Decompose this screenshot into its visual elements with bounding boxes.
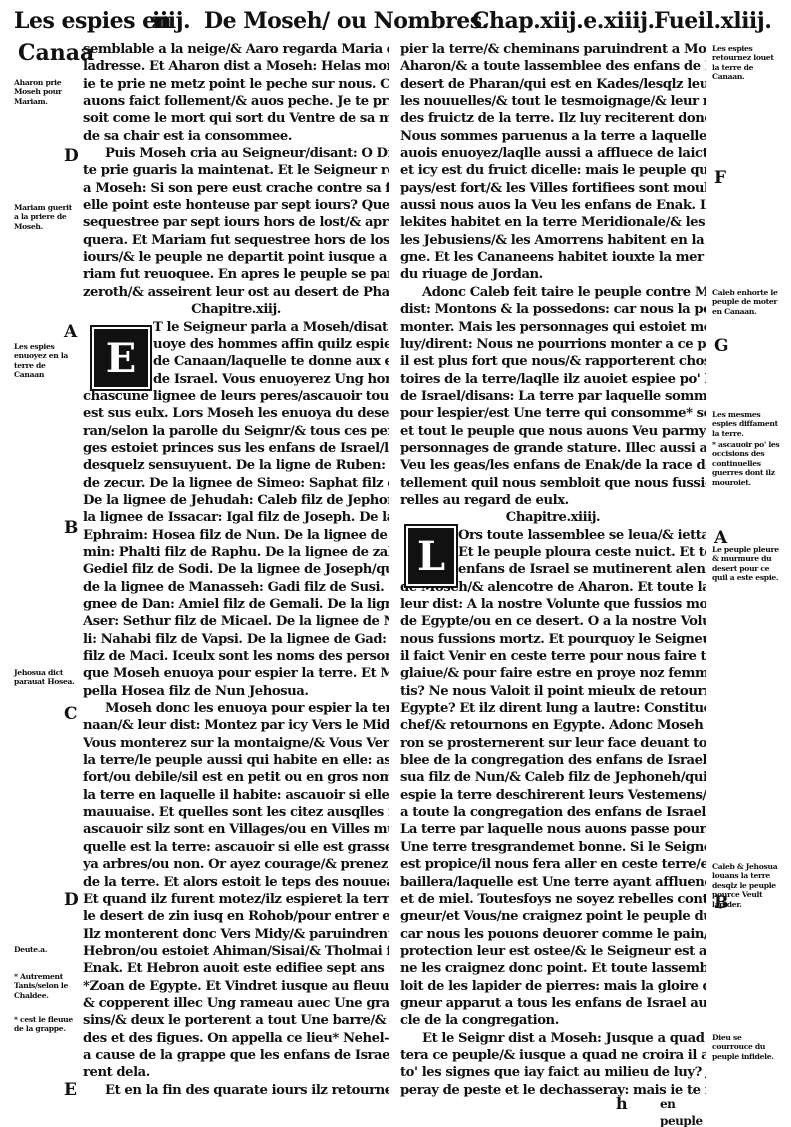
- text-line: li: Nahabi filz de Vapsi. De la lignee d…: [83, 631, 389, 648]
- margin-note: Aharon prie Moseh pour Mariam.: [14, 78, 76, 106]
- section-letter-mark: B: [714, 893, 728, 913]
- text-line: il est plus fort que nous/& rapporterent…: [400, 353, 706, 370]
- text-line: de zecur. De la lignee de Simeo: Saphat …: [83, 475, 389, 492]
- text-line: a toute la congregation des enfans de Is…: [400, 804, 706, 821]
- text-line: Vous monterez sur la montaigne/& Vous Ve…: [83, 735, 389, 752]
- text-line: elle point este honteuse par sept iours?…: [83, 197, 389, 214]
- text-line: mauuaise. Et quelles sont les citez ausq…: [83, 804, 389, 821]
- text-line: cle de la congregation.: [400, 1012, 706, 1029]
- text-line: de la lignee de Manasseh: Gadi filz de S…: [83, 579, 389, 596]
- text-line: personnages de grande stature. Illec aus…: [400, 440, 706, 457]
- text-line: sins/& deux le porterent a tout Une barr…: [83, 1012, 389, 1029]
- text-line: Ilz monterent donc Vers Midy/& paruindre…: [83, 926, 389, 943]
- text-line: de Israel/disans: La terre par laquelle …: [400, 388, 706, 405]
- text-line: toires de la terre/laqlle ilz auoiet esp…: [400, 371, 706, 388]
- text-line: naan/& leur dist: Montez par icy Vers le…: [83, 717, 389, 734]
- catchword: en peuple: [660, 1096, 720, 1127]
- text-line: que Moseh enuoya pour espier la terre. E…: [83, 665, 389, 682]
- drop-cap-letter: E: [102, 335, 141, 382]
- text-line: gneur apparut a tous les enfans de Israe…: [400, 995, 706, 1012]
- text-line: luy/dirent: Nous ne pourrions monter a c…: [400, 336, 706, 353]
- text-line: le desert de zin iusq en Rohob/pour entr…: [83, 908, 389, 925]
- text-line: & copperent illec Ung rameau auec Une gr…: [83, 995, 389, 1012]
- text-line: desquelz sensuyuent. De la ligne de Rube…: [83, 457, 389, 474]
- text-line: est propice/il nous fera aller en ceste …: [400, 856, 706, 873]
- drop-cap-letter: L: [413, 533, 449, 580]
- text-line: nous fussions mortz. Et pourquoy le Seig…: [400, 631, 706, 648]
- text-line: est sus eulx. Lors Moseh les enuoya du d…: [83, 405, 389, 422]
- text-line: tis? Ne nous Valoit il point mieulx de r…: [400, 683, 706, 700]
- text-line: filz de Maci. Iceulx sont les noms des p…: [83, 648, 389, 665]
- text-line: blee de la congregation des enfans de Is…: [400, 752, 706, 769]
- text-line: De la lignee de Jehudah: Caleb filz de J…: [83, 492, 389, 509]
- text-line: ya arbres/ou non. Or ayez courage/& pren…: [83, 856, 389, 873]
- drop-cap-chapter-13: E: [90, 325, 152, 391]
- text-line: la terre en laquelle il habite: ascauoir…: [83, 787, 389, 804]
- signature-mark: h: [616, 1094, 628, 1113]
- text-line: sua filz de Nun/& Caleb filz de Jephoneh…: [400, 769, 706, 786]
- text-line: sequestree par sept iours hors de lost/&…: [83, 214, 389, 231]
- text-line: et de miel. Toutesfoys ne soyez rebelles…: [400, 891, 706, 908]
- text-line: des et des figues. On appella ce lieu* N…: [83, 1030, 389, 1047]
- section-letter-mark: F: [714, 168, 726, 188]
- text-line: *Zoan de Egypte. Et Vindret iusque au fl…: [83, 978, 389, 995]
- text-line: ran/selon la parolle du Seignr/& tous ce…: [83, 423, 389, 440]
- text-line: rent dela.: [83, 1064, 389, 1081]
- text-line: ges estoiet princes sus les enfans de Is…: [83, 440, 389, 457]
- section-letter-mark: E: [64, 1080, 77, 1100]
- text-line: quera. Et Mariam fut sequestree hors de …: [83, 232, 389, 249]
- text-line: gneur/et Vous/ne craignez point le peupl…: [400, 908, 706, 925]
- text-line: des fruictz de la terre. Ilz luy reciter…: [400, 110, 706, 127]
- text-line: ascauoir silz sont en Villages/ou en Vil…: [83, 821, 389, 838]
- text-line: de la terre. Et alors estoit le teps des…: [83, 874, 389, 891]
- running-header-left: Les espies en: [14, 8, 171, 34]
- text-line: gnee de Dan: Amiel filz de Gemali. De la…: [83, 596, 389, 613]
- text-line: te prie guaris la maintenat. Et le Seign…: [83, 162, 389, 179]
- section-letter-mark: D: [64, 890, 79, 910]
- text-line: glaiue/& pour faire estre en proye noz f…: [400, 665, 706, 682]
- header-folio: Fueil.xliij.: [654, 8, 771, 34]
- text-line: Veu les geas/les enfans de Enak/de la ra…: [400, 457, 706, 474]
- text-line: Egypte? Et ilz dirent lung a lautre: Con…: [400, 700, 706, 717]
- margin-note: * ascauoir po' les occisions des continu…: [712, 440, 782, 487]
- left-text-column: semblable a la neige/& Aaro regarda Mari…: [83, 41, 389, 1099]
- text-line: Et quand ilz furent motez/ilz espieret l…: [83, 891, 389, 908]
- text-line: de sa chair est ia consommee.: [83, 128, 389, 145]
- text-line: espie la terre deschirerent leurs Vestem…: [400, 787, 706, 804]
- margin-note: Les espies enuoyez en la terre de Canaan: [14, 342, 76, 380]
- text-line: tera ce peuple/& iusque a quad ne croira…: [400, 1047, 706, 1064]
- text-line: lekites habitet en la terre Meridionale/…: [400, 214, 706, 231]
- text-line: ie te prie ne metz point le peche sur no…: [83, 76, 389, 93]
- text-line: et icy est du fruict dicelle: mais le pe…: [400, 162, 706, 179]
- text-line: Hebron/ou estoiet Ahiman/Sisai/& Tholmai…: [83, 943, 389, 960]
- text-line: il faict Venir en ceste terre pour nous …: [400, 648, 706, 665]
- text-line: desert de Pharan/qui est en Kades/lesqlz…: [400, 76, 706, 93]
- margin-note: Caleb enhorte le peuple de moter en Cana…: [712, 288, 782, 316]
- text-line: la lignee de Issacar: Igal filz de Josep…: [83, 509, 389, 526]
- text-line: aussi nous auos la Veu les enfans de Ena…: [400, 197, 706, 214]
- text-line: semblable a la neige/& Aaro regarda Mari…: [83, 41, 389, 58]
- text-line: pour lespier/est Une terre qui consomme*…: [400, 405, 706, 422]
- section-letter-mark: G: [714, 336, 729, 356]
- header-number: iiij.: [152, 8, 190, 34]
- chapter-13-continued-text: pier la terre/& cheminans paruindrent a …: [400, 41, 706, 509]
- text-line: Ephraim: Hosea filz de Nun. De la lignee…: [83, 527, 389, 544]
- header-title: De Moseh/ ou Nombres.: [204, 8, 489, 34]
- margin-note: Dieu se courrouce du peuple infidele.: [712, 1033, 782, 1061]
- text-line: Moseh donc les enuoya pour espier la ter…: [83, 700, 389, 717]
- text-line: ne les craignez donc point. Et toute las…: [400, 960, 706, 977]
- text-line: pays/est fort/& les Villes fortifiees so…: [400, 180, 706, 197]
- text-line: relles au regard de eulx.: [400, 492, 706, 509]
- text-line: Aser: Sethur filz de Micael. De la ligne…: [83, 613, 389, 630]
- text-line: monter. Mais les personnages qui estoiet…: [400, 319, 706, 336]
- text-line: leur dist: A la nostre Volunte que fussi…: [400, 596, 706, 613]
- text-line: Aharon/& a toute lassemblee des enfans d…: [400, 58, 706, 75]
- text-line: dist: Montons & la possedons: car nous l…: [400, 301, 706, 318]
- margin-note: Deute.a.: [14, 945, 76, 954]
- text-line: Et en la fin des quarate iours ilz retou…: [83, 1082, 389, 1099]
- text-line: to' les signes que iay faict au milieu d…: [400, 1064, 706, 1081]
- section-letter-mark: A: [714, 528, 727, 548]
- text-line: les Jebusiens/& les Amorrens habitent en…: [400, 232, 706, 249]
- text-line: car nous les pouons deuorer comme le pai…: [400, 926, 706, 943]
- text-line: pier la terre/& cheminans paruindrent a …: [400, 41, 706, 58]
- chapter-heading-13: Chapitre.xiij.: [83, 301, 389, 318]
- text-line: gne. Et les Cananeens habitet iouxte la …: [400, 249, 706, 266]
- text-line: loit de les lapider de pierres: mais la …: [400, 978, 706, 995]
- text-line: et tout le peuple que nous auons Veu par…: [400, 423, 706, 440]
- margin-note: Le peuple pleure & murmure du desert pou…: [712, 545, 782, 583]
- section-letter-mark: D: [64, 146, 79, 166]
- text-line: chef/& retournons en Egypte. Adonc Moseh…: [400, 717, 706, 734]
- text-line: a Moseh: Si son pere eust crache contre …: [83, 180, 389, 197]
- text-line: auons faict follement/& auos peche. Je t…: [83, 93, 389, 110]
- text-line: de Egypte/ou en ce desert. O a la nostre…: [400, 613, 706, 630]
- chapter-12-text: semblable a la neige/& Aaro regarda Mari…: [83, 41, 389, 301]
- text-line: Et le Seignr dist a Moseh: Jusque a quad…: [400, 1030, 706, 1047]
- margin-note: Les espies retournez louet la terre de C…: [712, 44, 782, 82]
- text-line: Enak. Et Hebron auoit este edifiee sept …: [83, 960, 389, 977]
- text-line: a cause de la grappe que les enfans de I…: [83, 1047, 389, 1064]
- text-line: fort/ou debile/sil est en petit ou en gr…: [83, 769, 389, 786]
- margin-note: Mariam guerit a la priere de Moseh.: [14, 203, 76, 231]
- text-line: quelle est la terre: ascauoir si elle es…: [83, 839, 389, 856]
- text-line: min: Phalti filz de Raphu. De la lignee …: [83, 544, 389, 561]
- text-line: ron se prosternerent sur leur face deuan…: [400, 735, 706, 752]
- text-line: tellement quil nous sembloit que nous fu…: [400, 475, 706, 492]
- section-letter-mark: A: [64, 322, 77, 342]
- text-line: auois enuoyez/laqlle aussi a affluece de…: [400, 145, 706, 162]
- margin-note: Les mesmes espies diffament la terre.: [712, 410, 782, 438]
- text-line: ladresse. Et Aharon dist a Moseh: Helas …: [83, 58, 389, 75]
- text-line: iours/& le peuple ne departit point iusq…: [83, 249, 389, 266]
- text-line: protection leur est ostee/& le Seigneur …: [400, 943, 706, 960]
- text-line: Nous sommes paruenus a la terre a laquel…: [400, 128, 706, 145]
- text-line: riam fut reuoquee. En apres le peuple se…: [83, 266, 389, 283]
- text-line: baillera/laquelle est Une terre ayant af…: [400, 874, 706, 891]
- text-line: zeroth/& asseirent leur ost au desert de…: [83, 284, 389, 301]
- text-line: du riuage de Jordan.: [400, 266, 706, 283]
- chapter-14-text: Ors toute lassemblee se leua/& ietta Ung…: [400, 527, 706, 1099]
- text-line: Puis Moseh cria au Seigneur/disant: O Di…: [83, 145, 389, 162]
- drop-cap-chapter-14: L: [404, 524, 458, 588]
- chapter-13-text: T le Seigneur parla a Moseh/disat: En-uo…: [83, 319, 389, 1099]
- text-line: La terre par laquelle nous auons passe p…: [400, 821, 706, 838]
- margin-note: * cest le fleuue de la grappe.: [14, 1015, 76, 1034]
- text-line: la terre/le peuple aussi qui habite en e…: [83, 752, 389, 769]
- text-line: Une terre tresgrandemet bonne. Si le Sei…: [400, 839, 706, 856]
- text-line: les nouuelles/& tout le tesmoignage/& le…: [400, 93, 706, 110]
- margin-note: Jehosua dict parauat Hosea.: [14, 668, 76, 687]
- text-line: Gediel filz de Sodi. De la lignee de Jos…: [83, 561, 389, 578]
- section-letter-mark: C: [64, 704, 78, 724]
- section-letter-mark: B: [64, 518, 78, 538]
- text-line: pella Hosea filz de Nun Jehosua.: [83, 683, 389, 700]
- text-line: soit come le mort qui sort du Ventre de …: [83, 110, 389, 127]
- header-chapter: Chap.xiij.e.xiiij.: [472, 8, 655, 34]
- margin-note: * Autrement Tanis/selon le Chaldee.: [14, 972, 76, 1000]
- text-line: Adonc Caleb feit taire le peuple contre …: [400, 284, 706, 301]
